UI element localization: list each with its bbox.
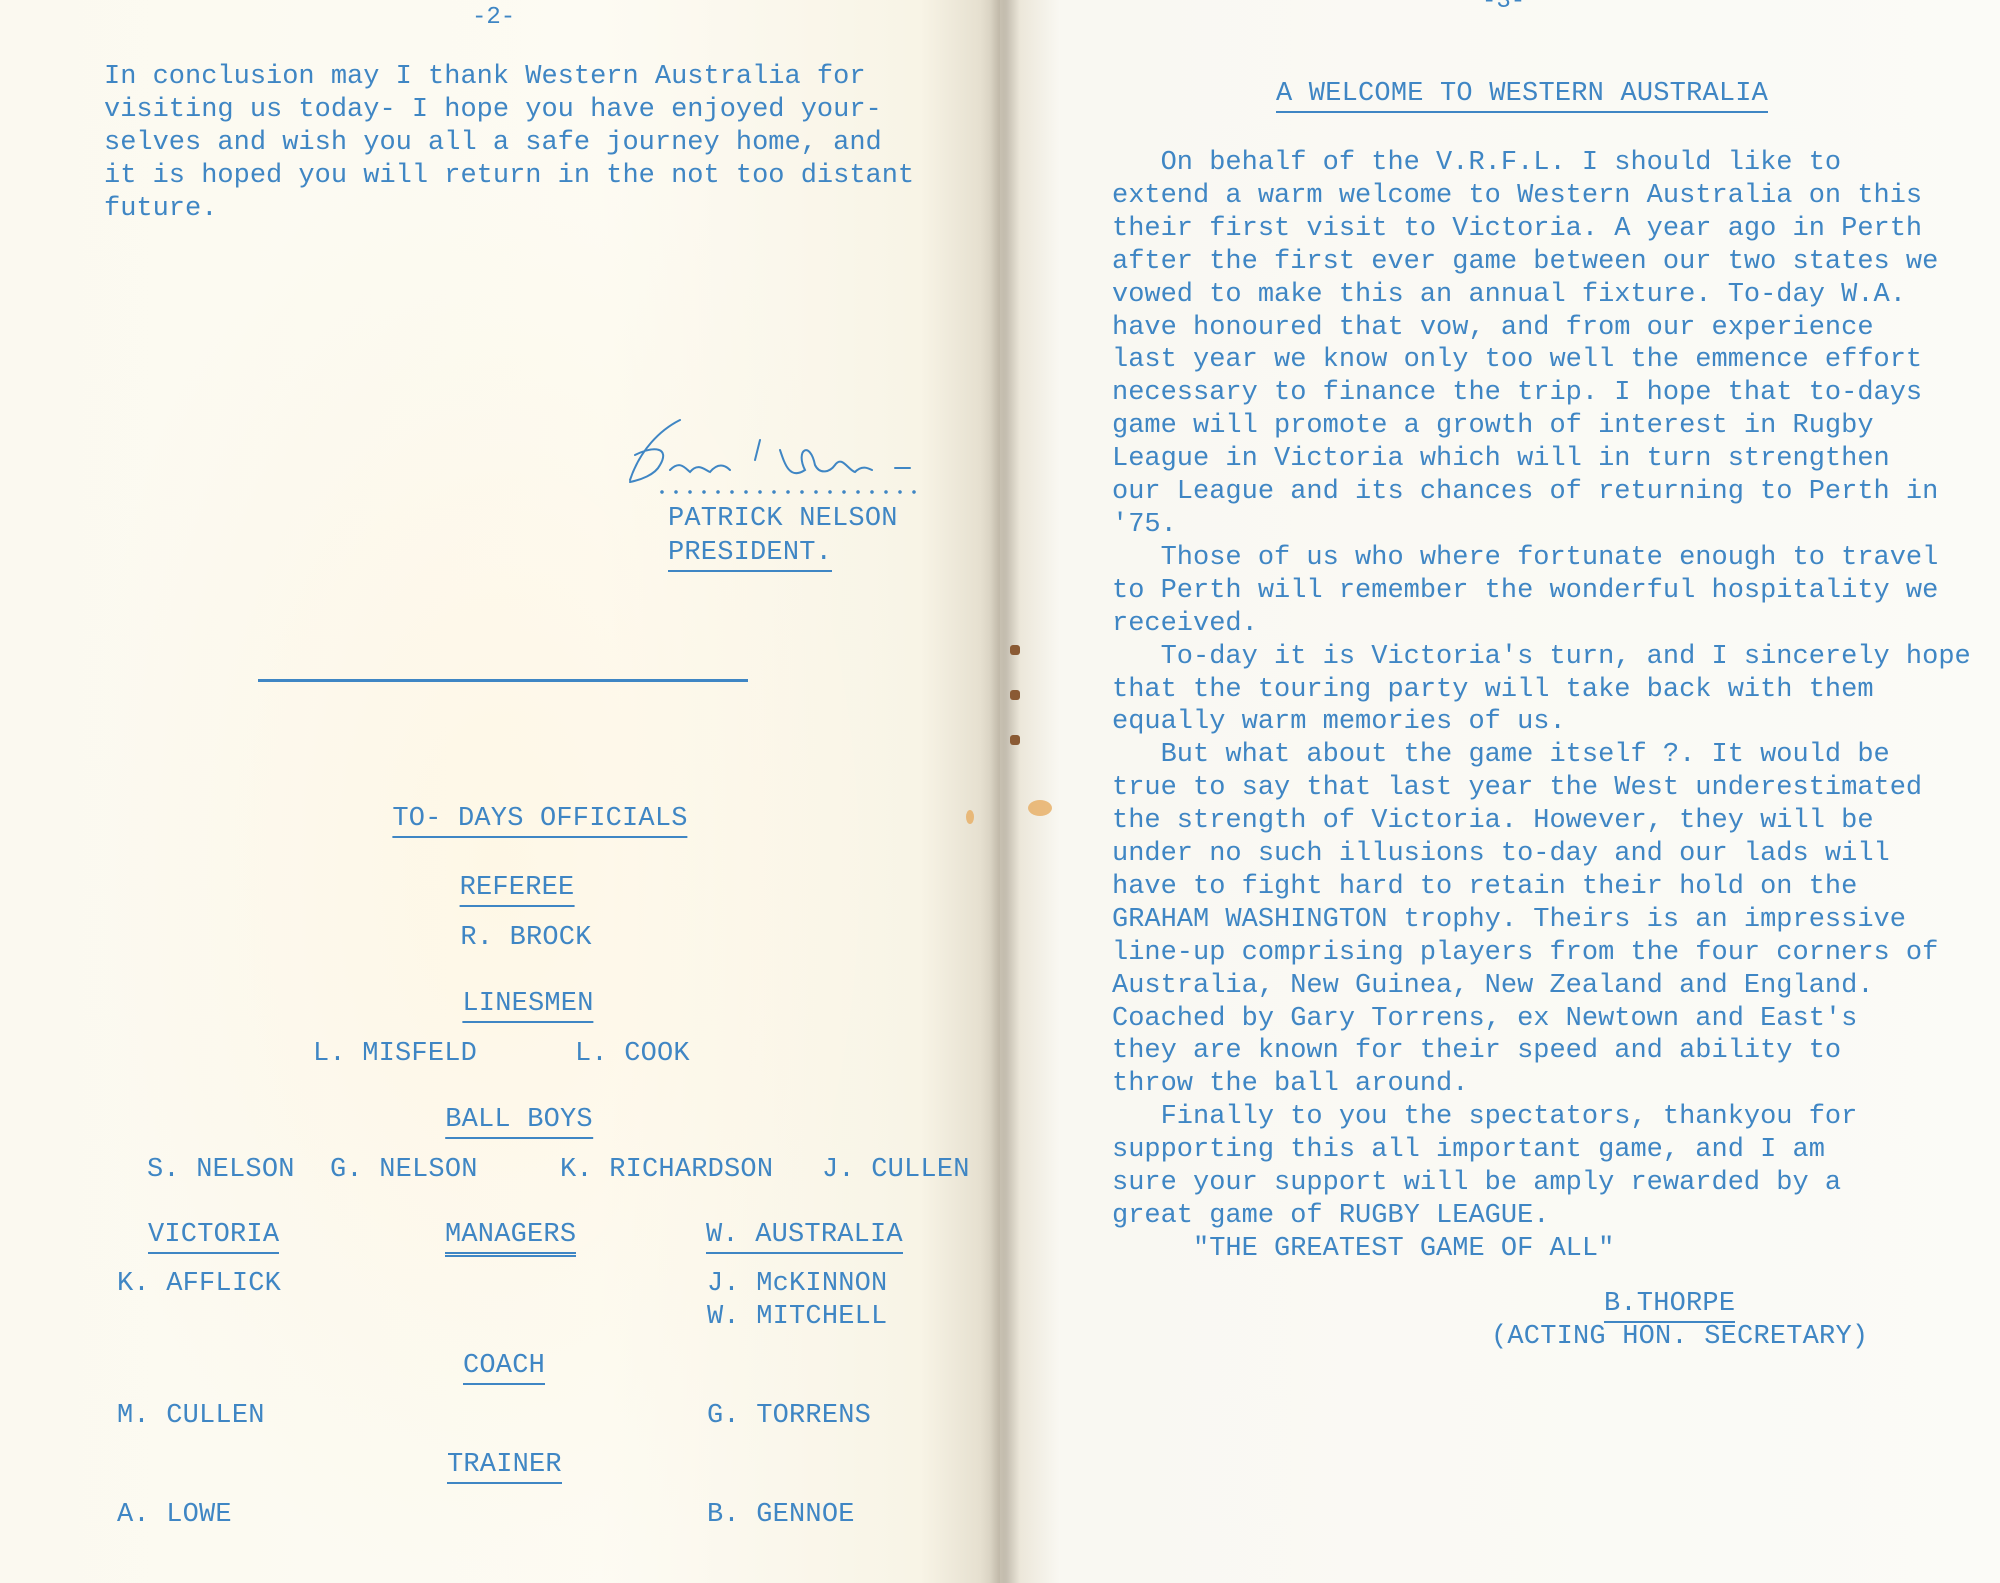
- text-line: Those of us who where fortunate enough t…: [1112, 542, 1971, 575]
- paper-stain: [966, 810, 974, 824]
- text-line: vowed to make this an annual fixture. To…: [1112, 279, 1971, 312]
- text-line: they are known for their speed and abili…: [1112, 1035, 1971, 1068]
- text-line: "THE GREATEST GAME OF ALL": [1112, 1233, 1971, 1266]
- closing-paragraph: In conclusion may I thank Western Austra…: [104, 61, 914, 226]
- officials-heading-text: TO- DAYS OFFICIALS: [392, 804, 687, 838]
- text-line: selves and wish you all a safe journey h…: [104, 127, 914, 160]
- signatory-title-text: PRESIDENT.: [668, 538, 832, 572]
- wa-coach: G. TORRENS: [707, 1400, 871, 1433]
- secretary-name-text: B.THORPE: [1604, 1289, 1735, 1323]
- staple: [1010, 645, 1020, 655]
- managers-label: MANAGERS: [445, 1219, 576, 1252]
- paper-stain: [1028, 800, 1052, 816]
- text-line: true to say that last year the West unde…: [1112, 772, 1971, 805]
- text-line: On behalf of the V.R.F.L. I should like …: [1112, 147, 1971, 180]
- coach-label: COACH: [463, 1350, 545, 1383]
- welcome-body: On behalf of the V.R.F.L. I should like …: [1112, 147, 1971, 1266]
- ball-boy-name: J. CULLEN: [822, 1154, 970, 1187]
- book-gutter: [990, 0, 1020, 1583]
- text-line: extend a warm welcome to Western Austral…: [1112, 180, 1971, 213]
- ball-boy-name: S. NELSON: [147, 1154, 295, 1187]
- welcome-title: A WELCOME TO WESTERN AUSTRALIA: [1276, 78, 1768, 111]
- text-line: received.: [1112, 608, 1971, 641]
- text-line: it is hoped you will return in the not t…: [104, 160, 914, 193]
- trainer-label: TRAINER: [447, 1449, 562, 1482]
- text-line: equally warm memories of us.: [1112, 706, 1971, 739]
- managers-label-text: MANAGERS: [445, 1220, 576, 1257]
- left-page: -2- In conclusion may I thank Western Au…: [0, 0, 1000, 1583]
- secretary-title: (ACTING HON. SECRETARY): [1491, 1321, 1868, 1354]
- page-number: -2-: [472, 4, 515, 31]
- text-line: our League and its chances of returning …: [1112, 476, 1971, 509]
- wa-trainer: B. GENNOE: [707, 1499, 855, 1532]
- text-line: line-up comprising players from the four…: [1112, 937, 1971, 970]
- linesmen-label-text: LINESMEN: [462, 989, 593, 1023]
- program-spread: -2- In conclusion may I thank Western Au…: [0, 0, 2000, 1583]
- ball-boys-label: BALL BOYS: [445, 1104, 593, 1137]
- linesman-name: L. MISFELD: [313, 1038, 477, 1071]
- linesmen-label: LINESMEN: [462, 988, 593, 1021]
- text-line: League in Victoria which will in turn st…: [1112, 443, 1971, 476]
- text-line: Australia, New Guinea, New Zealand and E…: [1112, 970, 1971, 1003]
- text-line: have honoured that vow, and from our exp…: [1112, 312, 1971, 345]
- page-number: -3-: [1482, 0, 1525, 15]
- text-line: that the touring party will take back wi…: [1112, 674, 1971, 707]
- handwritten-signature-icon: [610, 410, 950, 500]
- text-line: future.: [104, 193, 914, 226]
- wa-label: W. AUSTRALIA: [706, 1219, 903, 1252]
- coach-label-text: COACH: [463, 1351, 545, 1385]
- text-line: GRAHAM WASHINGTON trophy. Theirs is an i…: [1112, 904, 1971, 937]
- text-line: after the first ever game between our tw…: [1112, 246, 1971, 279]
- victoria-label: VICTORIA: [148, 1219, 279, 1252]
- text-line: In conclusion may I thank Western Austra…: [104, 61, 914, 94]
- text-line: to Perth will remember the wonderful hos…: [1112, 575, 1971, 608]
- linesman-name: L. COOK: [575, 1038, 690, 1071]
- ball-boys-label-text: BALL BOYS: [445, 1105, 593, 1139]
- victoria-manager: K. AFFLICK: [117, 1268, 281, 1301]
- wa-label-text: W. AUSTRALIA: [706, 1220, 903, 1254]
- text-line: the strength of Victoria. However, they …: [1112, 805, 1971, 838]
- wa-manager: W. MITCHELL: [707, 1301, 887, 1334]
- text-line: '75.: [1112, 509, 1971, 542]
- victoria-trainer: A. LOWE: [117, 1499, 232, 1532]
- ball-boy-name: K. RICHARDSON: [560, 1154, 773, 1187]
- referee-label-text: REFEREE: [460, 873, 575, 907]
- right-page: -3- A WELCOME TO WESTERN AUSTRALIA On be…: [1000, 0, 2000, 1583]
- victoria-label-text: VICTORIA: [148, 1220, 279, 1254]
- text-line: under no such illusions to-day and our l…: [1112, 838, 1971, 871]
- ball-boy-name: G. NELSON: [330, 1154, 478, 1187]
- text-line: visiting us today- I hope you have enjoy…: [104, 94, 914, 127]
- signatory-name: PATRICK NELSON: [668, 503, 898, 536]
- victoria-coach: M. CULLEN: [117, 1400, 265, 1433]
- text-line: necessary to finance the trip. I hope th…: [1112, 377, 1971, 410]
- text-line: throw the ball around.: [1112, 1068, 1971, 1101]
- text-line: supporting this all important game, and …: [1112, 1134, 1971, 1167]
- text-line: have to fight hard to retain their hold …: [1112, 871, 1971, 904]
- trainer-label-text: TRAINER: [447, 1450, 562, 1484]
- text-line: sure your support will be amply rewarded…: [1112, 1167, 1971, 1200]
- signatory-title: PRESIDENT.: [668, 537, 832, 570]
- text-line: To-day it is Victoria's turn, and I sinc…: [1112, 641, 1971, 674]
- text-line: game will promote a growth of interest i…: [1112, 410, 1971, 443]
- text-line: their first visit to Victoria. A year ag…: [1112, 213, 1971, 246]
- staple: [1010, 735, 1020, 745]
- text-line: Coached by Gary Torrens, ex Newtown and …: [1112, 1003, 1971, 1036]
- secretary-name: B.THORPE: [1604, 1288, 1735, 1321]
- officials-heading: TO- DAYS OFFICIALS: [392, 803, 687, 836]
- welcome-title-text: A WELCOME TO WESTERN AUSTRALIA: [1276, 79, 1768, 113]
- wa-manager: J. McKINNON: [707, 1268, 887, 1301]
- text-line: But what about the game itself ?. It wou…: [1112, 739, 1971, 772]
- section-divider: [258, 679, 748, 682]
- referee-label: REFEREE: [460, 872, 575, 905]
- text-line: great game of RUGBY LEAGUE.: [1112, 1200, 1971, 1233]
- text-line: Finally to you the spectators, thankyou …: [1112, 1101, 1971, 1134]
- staple: [1010, 690, 1020, 700]
- signature-dotted-line: [655, 490, 925, 494]
- referee-name: R. BROCK: [460, 922, 591, 955]
- text-line: last year we know only too well the emme…: [1112, 344, 1971, 377]
